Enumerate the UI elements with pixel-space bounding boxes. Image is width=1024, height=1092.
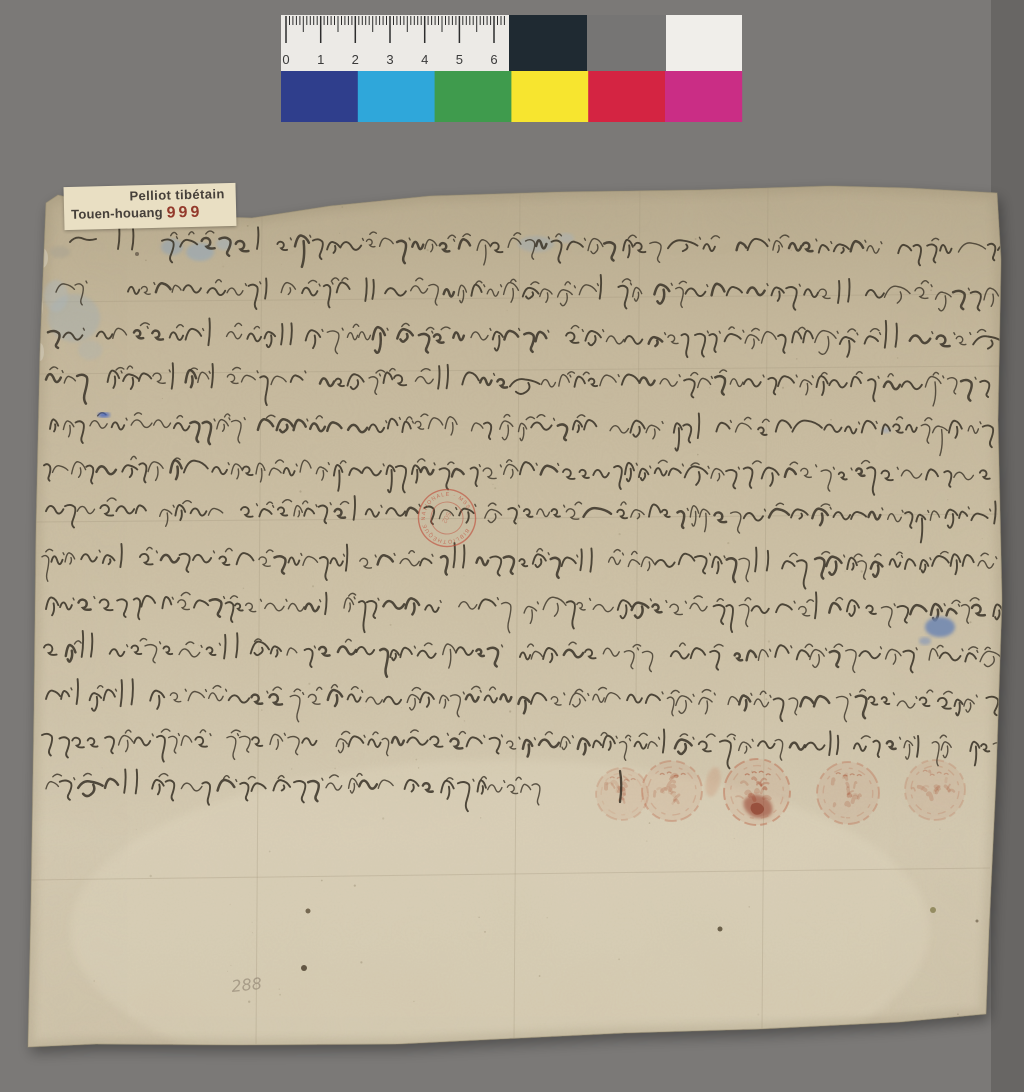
label-collection: Touen-houang [71, 205, 163, 222]
ruler-number: 0 [282, 52, 289, 67]
manuscript-paper: BIBLIOTHÈQUE NATIONALE · MSS · 502 288 [20, 178, 1023, 1092]
patch-blue [281, 71, 358, 122]
patch-yellow [511, 71, 588, 122]
ruler-number: 6 [490, 52, 497, 67]
ruler-number: 4 [421, 52, 428, 67]
pencil-number: 288 [230, 974, 262, 996]
pencil-annotation: 288 [230, 974, 262, 996]
photo-scene: 0123456 B [0, 0, 1024, 1092]
patch-black [509, 15, 587, 71]
patch-green [435, 71, 512, 122]
isolated-shad-mark [620, 771, 621, 802]
label-number: 999 [166, 204, 202, 222]
patch-gray [587, 15, 666, 71]
ruler-number: 3 [386, 52, 393, 67]
ruler [281, 15, 509, 71]
patch-cyan [358, 71, 435, 122]
patch-red [588, 71, 665, 122]
label-line2: Touen-houang 999 [71, 202, 229, 226]
grayscale-patches [509, 15, 742, 71]
patch-magenta [665, 71, 742, 122]
ruler-number: 1 [317, 52, 324, 67]
color-patches [281, 71, 742, 122]
ruler-number: 5 [456, 52, 463, 67]
manuscript-photograph: 0123456 B [0, 0, 1024, 1092]
catalog-label: Pelliot tibétain Touen-houang 999 [63, 183, 236, 230]
ruler-number: 2 [352, 52, 359, 67]
color-calibration-bar: 0123456 [281, 15, 742, 122]
patch-white [666, 15, 742, 71]
